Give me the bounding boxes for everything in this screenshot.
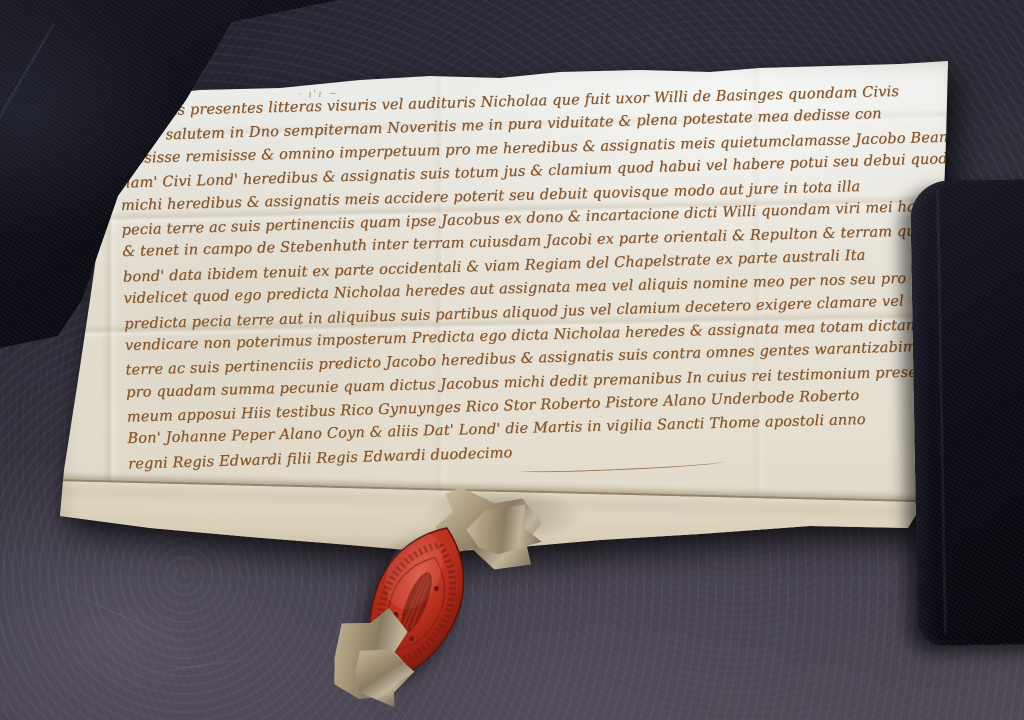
surface-scratch [121,656,270,678]
fabric-weight-right [910,179,1024,647]
photo-scene: · ı'ı ~ Omnibus presentes litteras visur… [0,0,1024,720]
parchment-document: · ı'ı ~ Omnibus presentes litteras visur… [50,55,962,560]
manuscript-text-block: Omnibus presentes litteras visuris vel a… [118,78,944,475]
surface-scratch [28,573,202,651]
parchment-sheet: · ı'ı ~ Omnibus presentes litteras visur… [50,55,962,560]
